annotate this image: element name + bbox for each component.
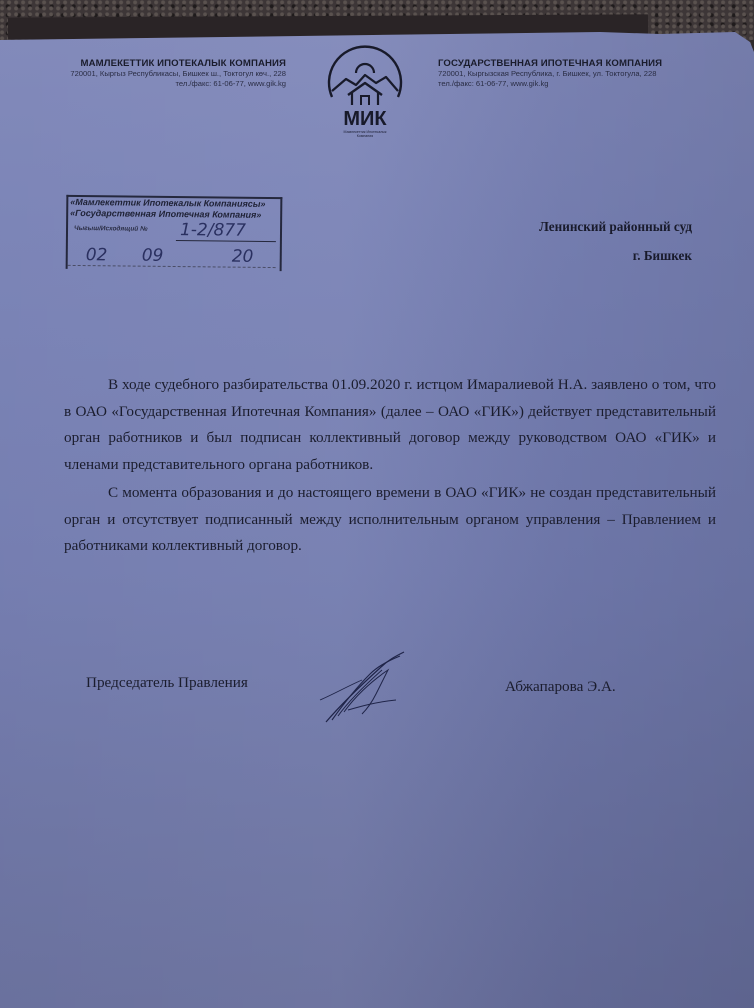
letterhead-right-title: ГОСУДАРСТВЕННАЯ ИПОТЕЧНАЯ КОМПАНИЯ: [438, 58, 738, 69]
stamp-date-month: 09: [142, 246, 164, 266]
letterhead-left: МАМЛЕКЕТТИК ИПОТЕКАЛЫК КОМПАНИЯ 720001, …: [18, 58, 286, 89]
svg-text:МИК: МИК: [343, 108, 387, 130]
body-paragraph-1: В ходе судебного разбирательства 01.09.2…: [64, 372, 716, 478]
letterhead-right-contacts: тел./факс: 61-06-77, www.gik.kg: [438, 79, 738, 89]
stamp-line-russian: «Государственная Ипотечная Компания»: [70, 208, 280, 221]
stamp-date-year: 20: [232, 247, 254, 267]
signatory-position: Председатель Правления: [86, 674, 248, 692]
body-paragraph-2: С момента образования и до настоящего вр…: [64, 480, 716, 560]
addressee-court: Ленинский районный суд: [470, 212, 692, 241]
letter-body: В ходе судебного разбирательства 01.09.2…: [64, 372, 716, 560]
stamp-date-day: 02: [86, 245, 108, 265]
addressee-city: г. Бишкек: [470, 241, 692, 270]
logo-subtitle: Мамлекеттик Ипотекалык Компания: [322, 130, 408, 139]
addressee-block: Ленинский районный суд г. Бишкек: [470, 212, 692, 270]
outgoing-stamp: «Мамлекеттик Ипотекалык Компаниясы» «Гос…: [66, 195, 283, 271]
handwritten-signature-icon: [318, 650, 418, 730]
letterhead-left-address: 720001, Кыргыз Республикасы, Бишкек ш., …: [18, 69, 286, 79]
letterhead-right-address: 720001, Кыргызская Республика, г. Бишкек…: [438, 69, 738, 79]
signatory-name: Абжапарова Э.А.: [505, 678, 616, 696]
photo-scene: МАМЛЕКЕТТИК ИПОТЕКАЛЫК КОМПАНИЯ 720001, …: [0, 0, 754, 1008]
company-logo: МИК Мамлекеттик Ипотекалык Компания: [322, 45, 408, 145]
letterhead-left-contacts: тел./факс: 61-06-77, www.gik.kg: [18, 79, 286, 89]
stamp-outgoing-number: 1-2/877: [180, 220, 246, 241]
letterhead-right: ГОСУДАРСТВЕННАЯ ИПОТЕЧНАЯ КОМПАНИЯ 72000…: [438, 58, 738, 89]
mountain-house-logo-icon: МИК: [322, 45, 408, 131]
letterhead-left-title: МАМЛЕКЕТТИК ИПОТЕКАЛЫК КОМПАНИЯ: [18, 58, 286, 69]
logo-subtitle-line2: Компания: [322, 134, 408, 138]
